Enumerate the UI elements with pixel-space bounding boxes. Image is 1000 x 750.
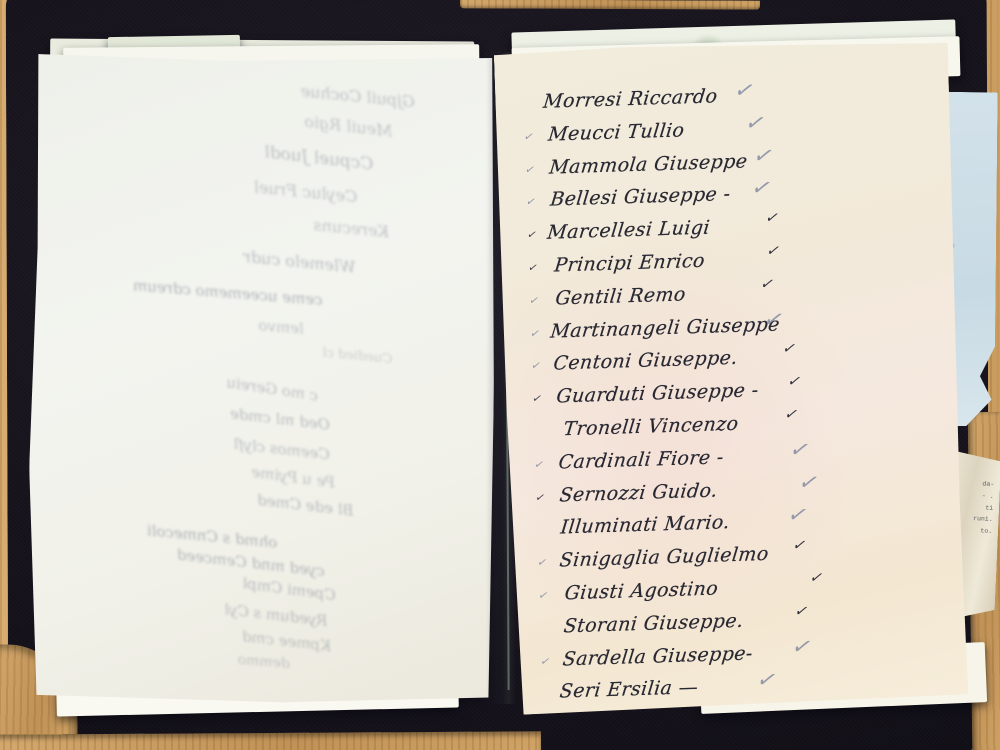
handwritten-name: Morresi Riccardo — [542, 85, 719, 113]
left-tick-mark: ✓ — [527, 261, 540, 275]
left-tick-mark: ✓ — [526, 228, 539, 242]
handwritten-name: Marcellesi Luigi — [546, 217, 711, 244]
typed-fragment: to. — [980, 527, 992, 535]
bleedthrough-line: Ryedum s Cyl — [223, 600, 328, 630]
left-tick-mark: ✓ — [533, 458, 546, 472]
handwritten-name: Centoni Giuseppe. — [552, 347, 739, 375]
right-page: Morresi Riccardo✓✓Meucci Tullio✓✓Mammola… — [494, 37, 969, 715]
bleedthrough-line: Gjpuil Cochue — [300, 81, 416, 111]
wood-table-bottom-edge — [0, 731, 541, 750]
check-mark: ✓ — [754, 670, 780, 694]
handwritten-name: Illuminati Mario. — [559, 511, 731, 538]
check-mark: ✓ — [796, 471, 822, 495]
typed-fragment: ti — [985, 505, 993, 512]
left-tick-mark: ✓ — [525, 195, 538, 209]
handwritten-name: Sardella Giuseppe- — [562, 642, 754, 670]
check-mark: ✓ — [789, 636, 815, 660]
check-mark: ✓ — [749, 178, 775, 202]
bleedthrough-line: Kerecuns — [313, 215, 390, 241]
left-tick-mark: ✓ — [528, 294, 541, 308]
left-tick-mark: ✓ — [529, 326, 542, 340]
bleedthrough-line: Pe u Pyime — [250, 463, 336, 492]
handwritten-name: Sinigaglia Guglielmo — [559, 543, 770, 572]
typed-fragment: runi. — [973, 515, 993, 523]
bleedthrough-line: demmo — [237, 652, 290, 672]
left-tick-mark: ✓ — [536, 556, 549, 570]
wood-table-top-edge — [460, 0, 760, 10]
bleedthrough-line: Cuedied cl — [322, 346, 393, 368]
handwritten-name: Guarduti Giuseppe - — [555, 379, 759, 407]
handwritten-name: Gentili Remo — [554, 283, 687, 309]
bleedthrough-line: Ceyluc Fruel — [253, 177, 358, 206]
handwritten-name: Seri Ersilia — — [559, 677, 700, 703]
handwritten-name: Martinangeli Giuseppe — [549, 313, 781, 342]
handwritten-name: Bellesi Giuseppe - — [549, 183, 731, 211]
handwritten-name: Mammola Giuseppe — [548, 150, 748, 178]
left-tick-mark: ✓ — [524, 162, 537, 176]
bleedthrough-line: Ccpuel Juodl — [263, 142, 374, 174]
handwritten-name: Storani Giuseppe. — [563, 609, 745, 637]
bleedthrough-line: Wlemelo cudr — [242, 247, 356, 277]
photo-canvas: Gjpuil CochueMeuil RgioCcpuel JuodlCeylu… — [0, 0, 1000, 750]
check-mark: ✓ — [731, 80, 757, 104]
handwritten-name: Tronelli Vincenzo — [562, 413, 739, 441]
bleedthrough-line: Ceemos clyfl — [233, 435, 331, 464]
handwritten-name: Sernozzi Guido. — [558, 479, 718, 506]
check-mark: ✓ — [761, 308, 787, 332]
handwritten-name: Principi Enrico — [553, 250, 706, 277]
left-tick-mark: ✓ — [523, 130, 536, 144]
typed-fragment: - . — [982, 492, 994, 500]
handwritten-name-list: Morresi Riccardo✓✓Meucci Tullio✓✓Mammola… — [517, 77, 968, 714]
bleedthrough-line: Meuil Rgio — [303, 112, 393, 141]
bleedthrough-line: Bl ede Cmed — [256, 491, 354, 520]
left-tick-mark: ✓ — [534, 490, 547, 504]
left-tick-mark: ✓ — [530, 359, 543, 373]
bleedthrough-line: ohmd s Cnmecoli — [146, 521, 278, 551]
handwritten-name: Meucci Tullio — [547, 119, 685, 145]
left-page: Gjpuil CochueMeuil RgioCcpuel JuodlCeylu… — [27, 54, 497, 704]
typed-fragment: da- — [982, 481, 994, 489]
left-tick-mark: ✓ — [531, 392, 544, 406]
bleedthrough-line: Kpmee cmd — [241, 627, 332, 655]
check-mark: ✓ — [742, 112, 768, 136]
left-tick-mark: ✓ — [539, 654, 552, 668]
check-mark: ✓ — [785, 505, 811, 529]
handwritten-name: Cardinali Fiore - — [557, 446, 725, 473]
bleedthrough-line: ceme uceememo cdreum — [132, 276, 323, 309]
check-mark: ✓ — [787, 439, 813, 463]
handwritten-name: Giusti Agostino — [564, 577, 720, 604]
left-tick-mark: ✓ — [537, 589, 550, 603]
bleedthrough-line: lemvo — [258, 316, 305, 338]
bleedthrough-line: c mo Gereiu — [225, 373, 319, 404]
check-mark: ✓ — [750, 145, 776, 169]
bleedthrough-line: Oed ml cmde — [229, 405, 331, 434]
